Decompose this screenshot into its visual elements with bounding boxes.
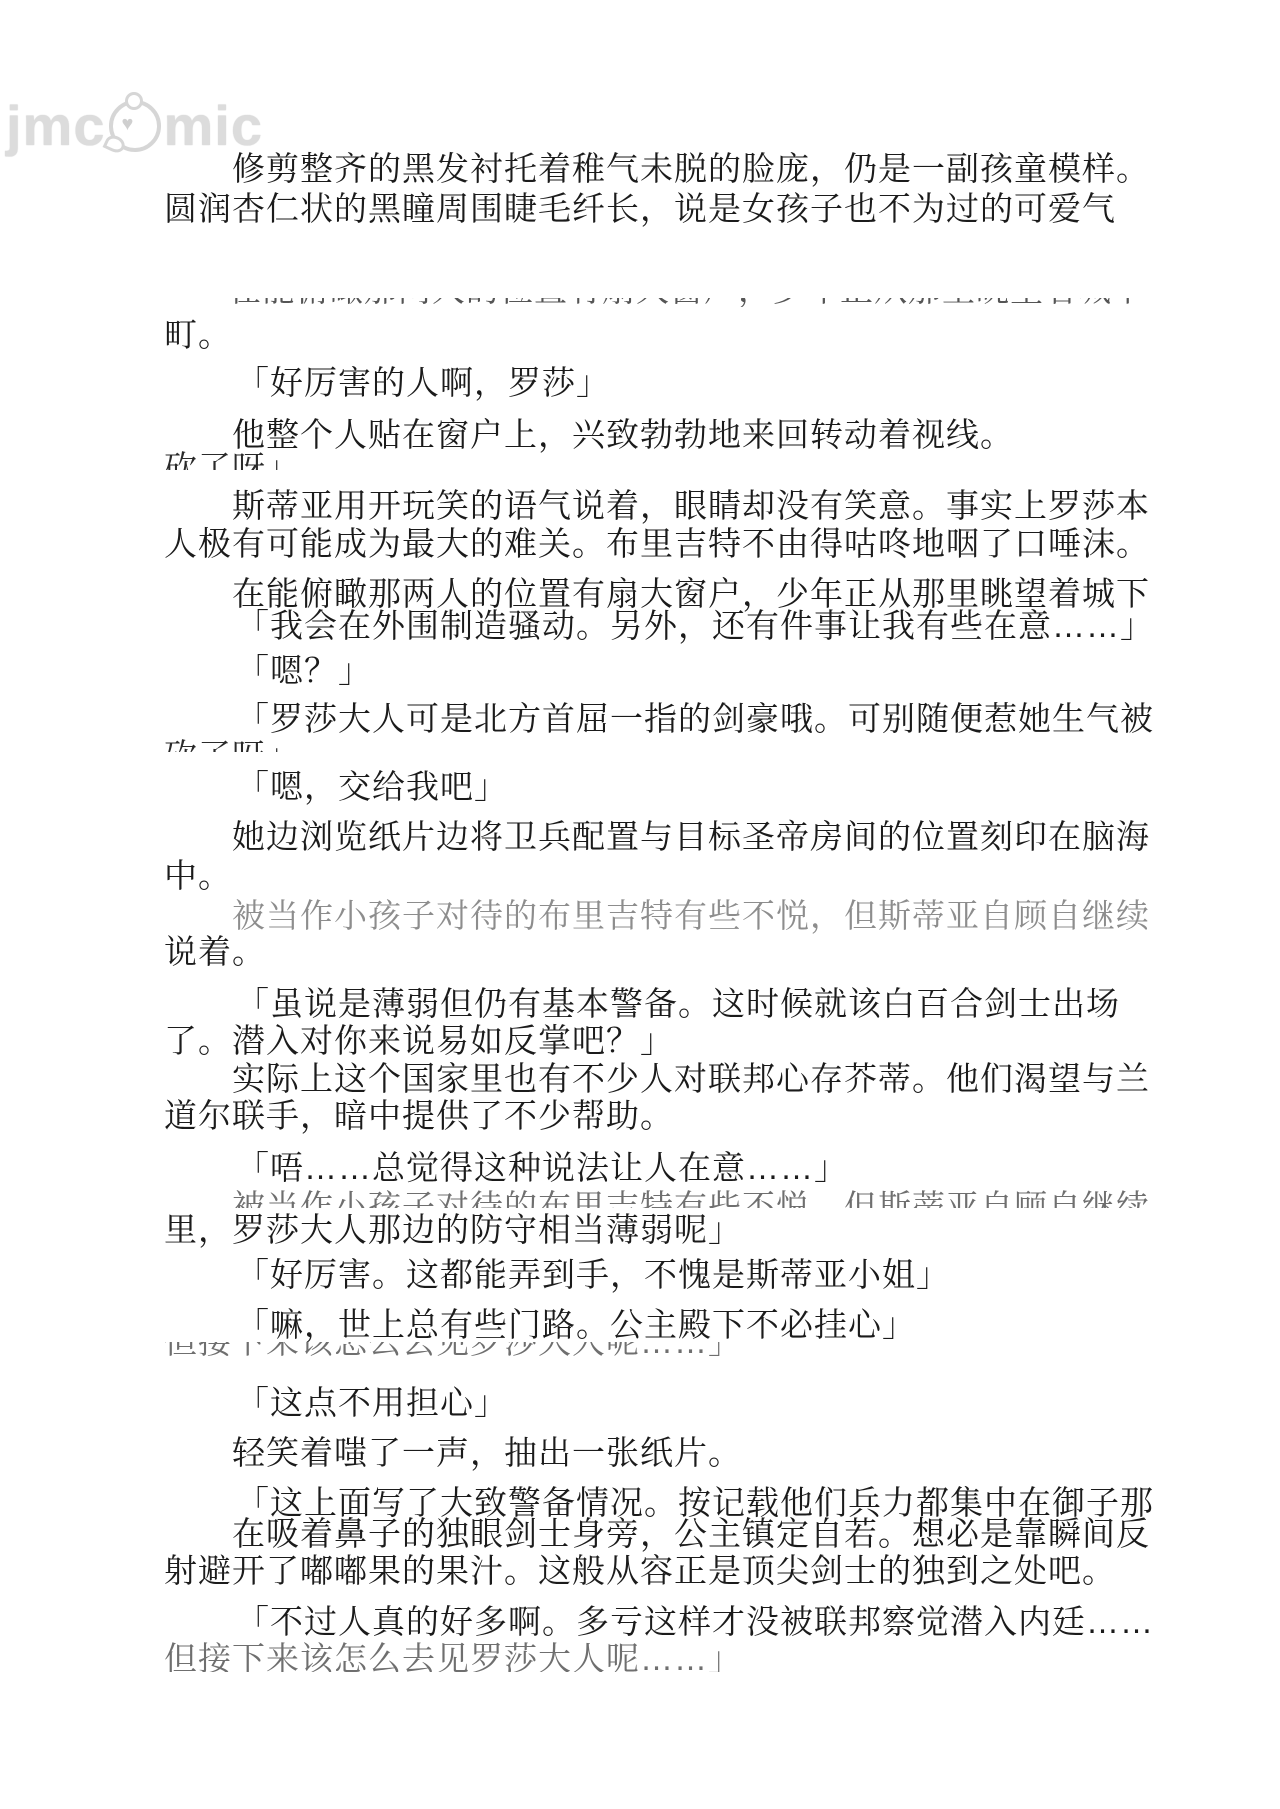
- dialogue-line: 里，罗莎大人那边的防守相当薄弱呢」: [164, 1211, 742, 1248]
- paragraph-line: 修剪整齐的黑发衬托着稚气未脱的脸庞，仍是一副孩童模样。: [232, 150, 1150, 187]
- chick-face-icon: ♥: [109, 100, 161, 152]
- paragraph-line: 町。: [164, 316, 232, 353]
- clipped-line-artifact: 但接下来该怎么去见罗莎大人呢……」: [164, 1342, 742, 1362]
- paragraph-line: 道尔联手，暗中提供了不少帮助。: [164, 1097, 674, 1134]
- clipped-line-artifact: 砍了呀」: [164, 737, 300, 752]
- dialogue-line: 「嘛，世上总有些门路。公主殿下不必挂心」: [236, 1306, 916, 1343]
- paragraph-line: 中。: [164, 857, 232, 894]
- paragraph-line: 在吸着鼻子的独眼剑士身旁，公主镇定自若。想必是靠瞬间反: [232, 1515, 1150, 1552]
- paragraph-line: 射避开了嘟嘟果的果汁。这般从容正是顶尖剑士的独到之处吧。: [164, 1552, 1116, 1589]
- clipped-line-artifact: 但接下来该怎么去见罗莎大人呢……」: [164, 1640, 742, 1672]
- paragraph-line: 他整个人贴在窗户上，兴致勃勃地来回转动着视线。: [232, 416, 1014, 453]
- clipped-line-artifact: 在能俯瞰那两人的位置有扇大窗户，少年正从那里眺望着城下: [228, 298, 1146, 307]
- dialogue-line: 「罗莎大人可是北方首屈一指的剑豪哦。可别随便惹她生气被: [236, 700, 1154, 737]
- heart-icon: ♥: [122, 114, 135, 134]
- dialogue-line: 「唔……总觉得这种说法让人在意……」: [236, 1149, 848, 1186]
- paragraph-line: 轻笑着嗤了一声，抽出一张纸片。: [232, 1434, 742, 1471]
- paragraph-line: 斯蒂亚用开玩笑的语气说着，眼睛却没有笑意。事实上罗莎本: [232, 487, 1150, 524]
- jmcomic-logo: jmc ♥ mic: [6, 98, 263, 154]
- dialogue-line: 「我会在外围制造骚动。另外，还有件事让我有些在意……」: [236, 607, 1154, 644]
- paragraph-line: 人极有可能成为最大的难关。布里吉特不由得咕咚地咽了口唾沫。: [164, 525, 1150, 562]
- dialogue-line: 「好厉害。这都能弄到手，不愧是斯蒂亚小姐」: [236, 1256, 950, 1293]
- paragraph-line: 她边浏览纸片边将卫兵配置与目标圣帝房间的位置刻印在脑海: [232, 818, 1150, 855]
- dialogue-line: 「不过人真的好多啊。多亏这样才没被联邦察觉潜入内廷……: [236, 1603, 1154, 1640]
- clipped-line-artifact: 砍了呀」: [164, 449, 300, 470]
- logo-text-suffix: mic: [164, 98, 264, 154]
- dialogue-line: 「这点不用担心」: [236, 1384, 508, 1421]
- dialogue-line: 「嗯？」: [236, 652, 372, 689]
- dialogue-line: 「虽说是薄弱但仍有基本警备。这时候就该白百合剑士出场: [236, 985, 1120, 1022]
- clipped-line-artifact: 被当作小孩子对待的布里吉特有些不悦，但斯蒂亚自顾自继续: [232, 1188, 1150, 1208]
- paragraph-line: 圆润杏仁状的黑瞳周围睫毛纤长，说是女孩子也不为过的可爱气: [164, 190, 1116, 227]
- paragraph-line: 实际上这个国家里也有不少人对联邦心存芥蒂。他们渴望与兰: [232, 1060, 1150, 1097]
- dialogue-line: 了。潜入对你来说易如反掌吧？」: [164, 1022, 674, 1059]
- dialogue-line: 「好厉害的人啊，罗莎」: [236, 364, 610, 401]
- novel-page: jmc ♥ mic 修剪整齐的黑发衬托着稚气未脱的脸庞，仍是一副孩童模样。 圆润…: [0, 0, 1280, 1809]
- paragraph-line: 说着。: [164, 933, 266, 970]
- dialogue-line: 「嗯，交给我吧」: [236, 768, 508, 805]
- faded-line-artifact: 被当作小孩子对待的布里吉特有些不悦，但斯蒂亚自顾自继续: [232, 897, 1150, 934]
- logo-text-prefix: jmc: [6, 98, 106, 154]
